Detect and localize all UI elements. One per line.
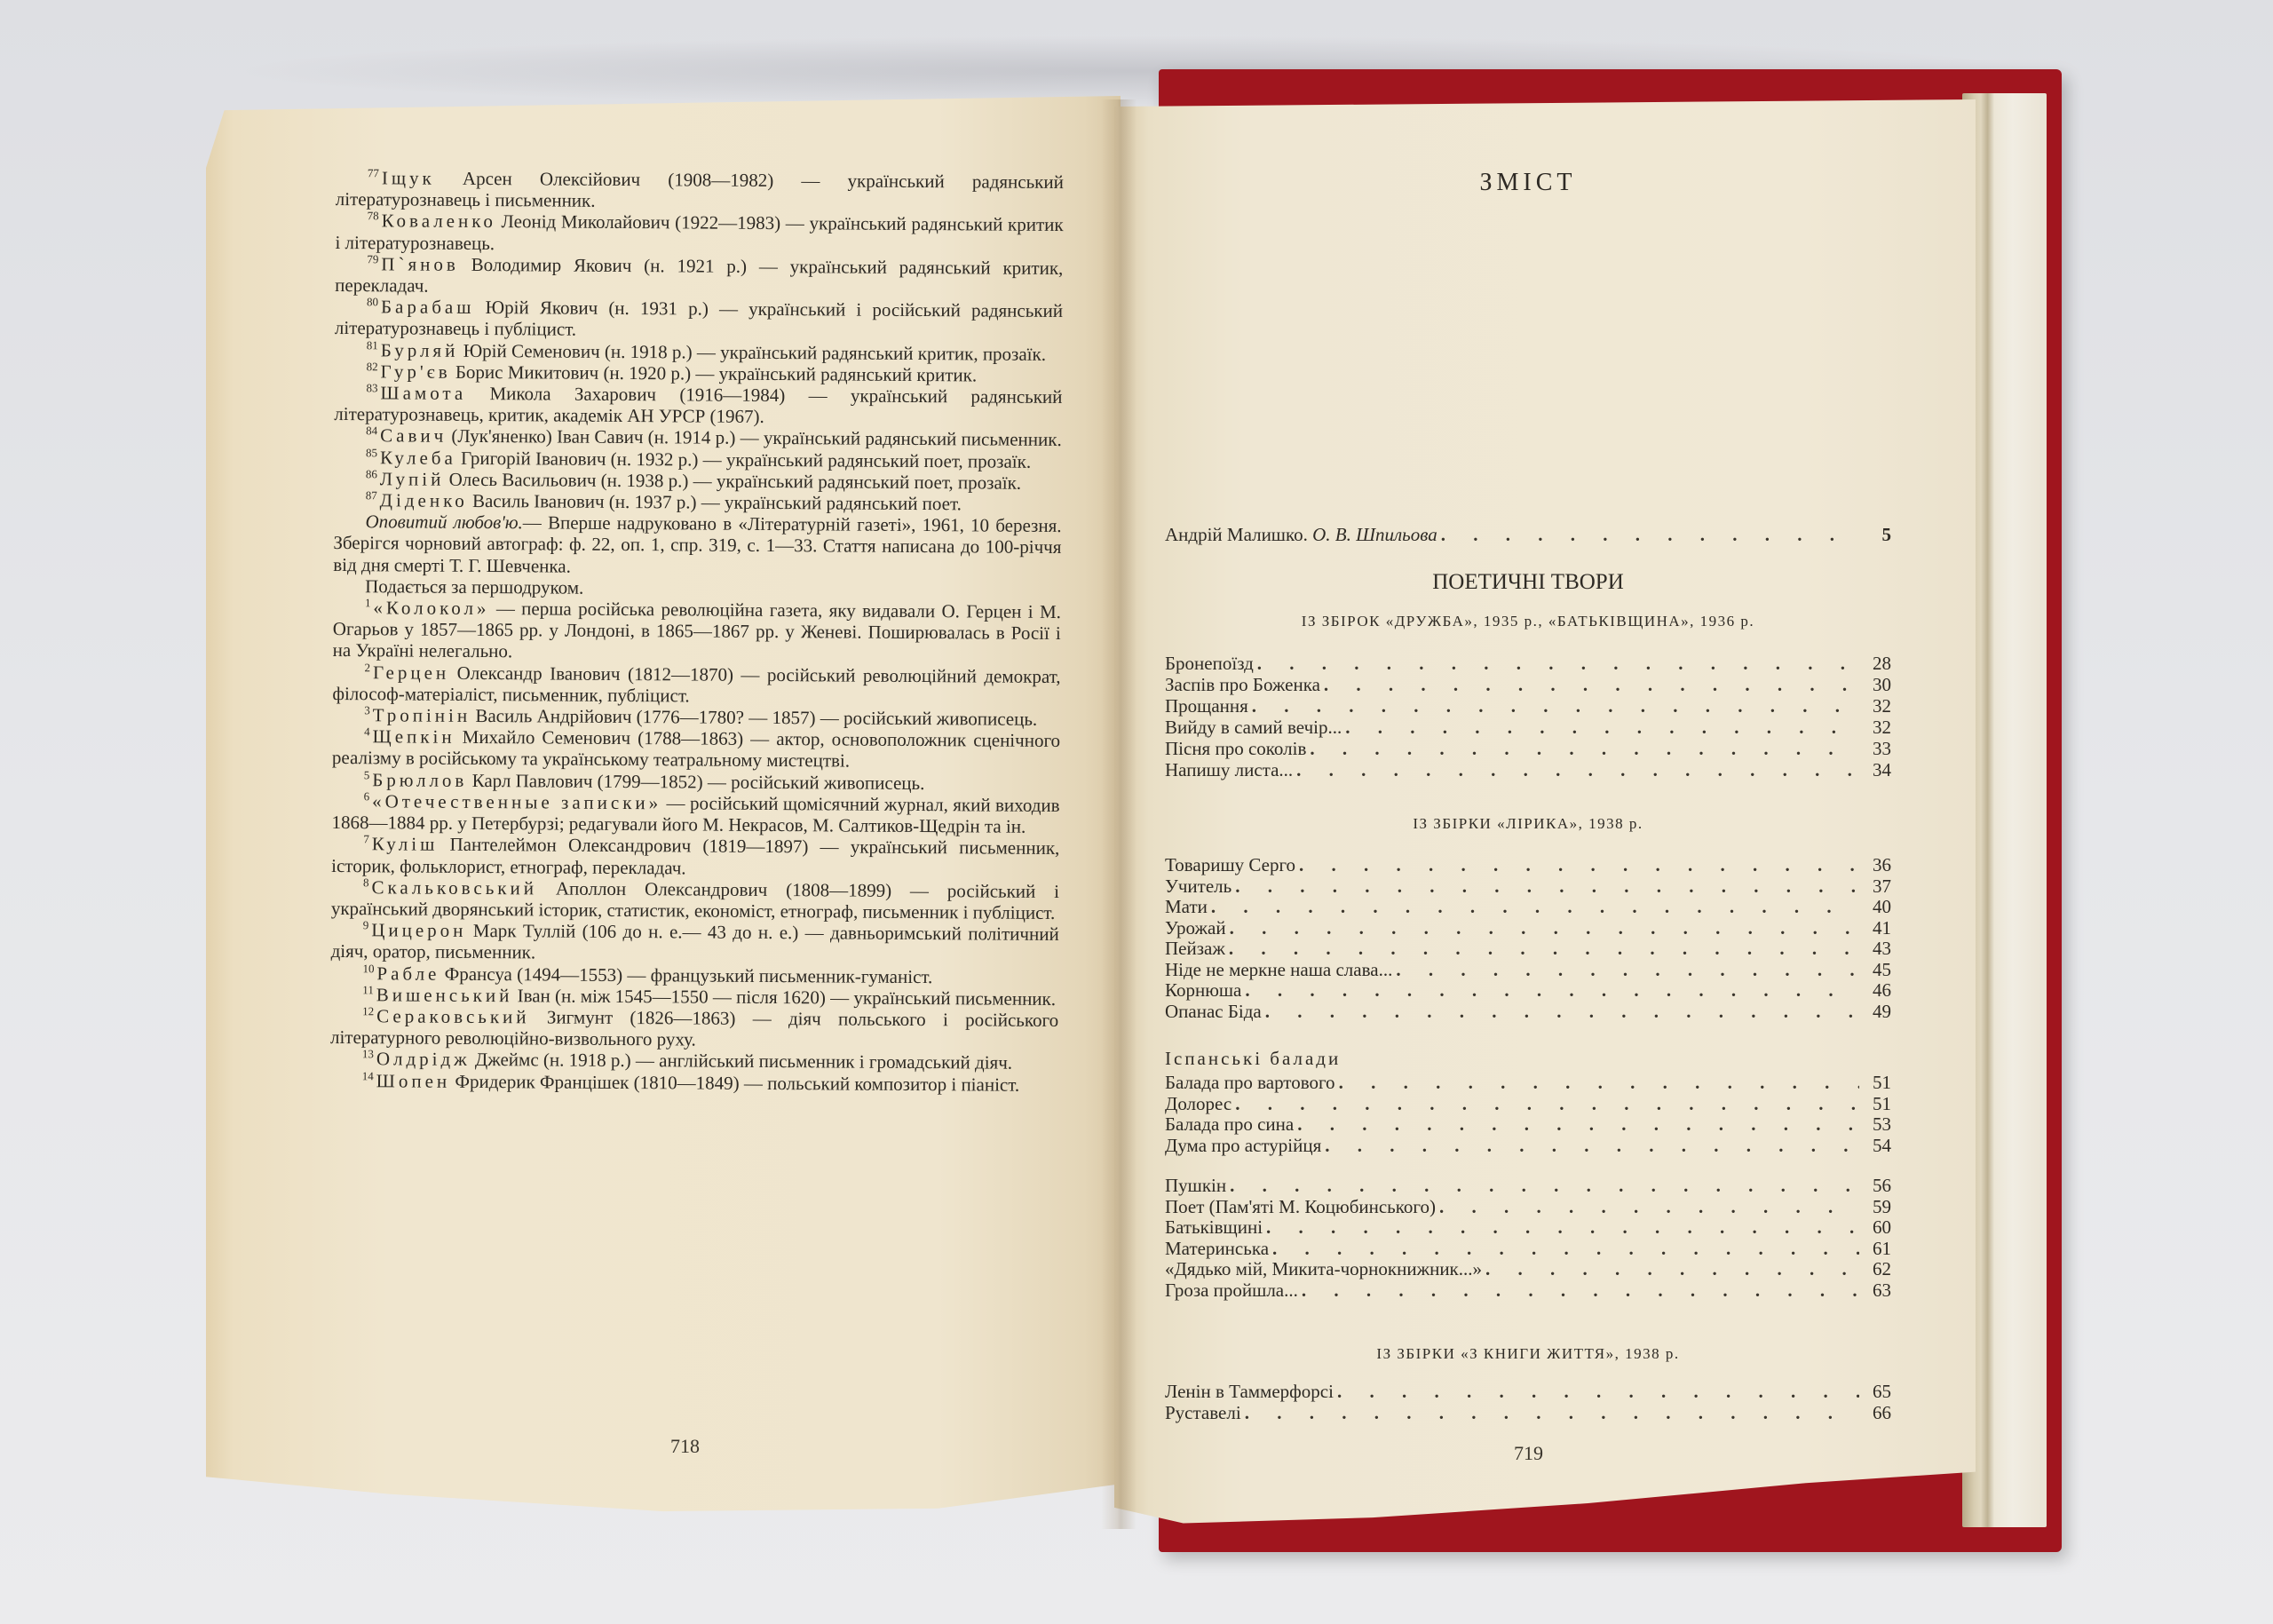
footnote-text: Олесь Васильович (н. 1938 р.) — українсь…: [449, 469, 1022, 494]
intro-title: Андрій Малишко.: [1165, 524, 1312, 545]
footnote-name: Іщук: [382, 167, 435, 188]
toc-leader-dots: . . . . . . . . . . . . . . . . . . . . …: [1299, 854, 1859, 875]
toc-entry-page: 46: [1859, 979, 1891, 1001]
group-heading: ІЗ ЗБІРКИ «З КНИГИ ЖИТТЯ», 1938 р.: [1165, 1345, 1891, 1363]
toc-entry: Долорес. . . . . . . . . . . . . . . . .…: [1165, 1093, 1891, 1114]
toc-entry: Урожай. . . . . . . . . . . . . . . . . …: [1165, 917, 1891, 939]
toc-entry: Пейзаж. . . . . . . . . . . . . . . . . …: [1165, 938, 1891, 959]
toc-entry: Опанас Біда. . . . . . . . . . . . . . .…: [1165, 1001, 1891, 1022]
footnote-name: Савич: [380, 425, 447, 447]
footnote-name: Куліш: [372, 834, 439, 855]
footnote-number: 84: [366, 424, 377, 438]
footnote-text: Василь Іванович (н. 1937 р.) — українськ…: [472, 490, 962, 514]
toc-entry-title: Пісня про соколів: [1165, 738, 1310, 759]
footnote-number: 6: [364, 789, 370, 803]
footnote-number: 86: [366, 467, 377, 480]
toc-entry-title: Прощання: [1165, 695, 1252, 717]
toc-leader-dots: . . . . . . . . . . . . . . . . . . . . …: [1485, 1258, 1859, 1279]
toc-leader-dots: . . . . . . . . . . . . . . . . . . . . …: [1272, 1238, 1859, 1259]
toc-entry-title: Долорес: [1165, 1093, 1235, 1114]
footnote-name: Вишенський: [376, 984, 513, 1006]
footnote-name: Брюллов: [372, 769, 467, 791]
left-page-text: 77Іщук Арсен Олексійович (1908—1982) — у…: [330, 167, 1064, 1096]
toc-entry-page: 66: [1859, 1402, 1891, 1423]
toc-entry: Батьківщині. . . . . . . . . . . . . . .…: [1165, 1216, 1891, 1238]
toc-entry-page: 33: [1859, 738, 1891, 759]
footnote: 9Цицерон Марк Туллій (106 до н. е.— 43 д…: [331, 919, 1059, 966]
toc-entry-page: 41: [1859, 917, 1891, 939]
toc-entry-page: 56: [1859, 1175, 1891, 1196]
toc-leader-dots: . . . . . . . . . . . . . . . . . . . . …: [1339, 1072, 1859, 1093]
toc-entry-page: 54: [1859, 1135, 1891, 1156]
toc-entry: Напишу листа.... . . . . . . . . . . . .…: [1165, 759, 1891, 780]
toc-entry-page: 40: [1859, 896, 1891, 917]
footnote-number: 83: [366, 381, 377, 394]
left-page-number: 718: [670, 1435, 700, 1458]
footnote: 1«Колокол» — перша російська революційна…: [333, 597, 1061, 666]
toc-leader-dots: . . . . . . . . . . . . . . . . . . . . …: [1230, 1175, 1859, 1196]
toc-leader-dots: . . . . . . . . . . . . . . . . . . . . …: [1211, 896, 1859, 917]
footnote-name: Лупій: [380, 468, 445, 489]
toc-entry-page: 59: [1859, 1196, 1891, 1217]
footnote-text: Джеймс (н. 1918 р.) — англійський письме…: [475, 1049, 1012, 1073]
toc-leader-dots: . . . . . . . . . . . . . . . . . . . . …: [1310, 738, 1859, 759]
toc-leader-dots: . . . . . . . . . . . . . . . . . . . . …: [1396, 959, 1859, 980]
footnote-name: «Колокол»: [373, 597, 489, 619]
toc-entry: Поет (Пам'яті М. Коцюбинського). . . . .…: [1165, 1196, 1891, 1217]
toc-entry: Товаришу Серго. . . . . . . . . . . . . …: [1165, 854, 1891, 875]
toc-leader-dots: . . . . . . . . . . . . . . . . . . . . …: [1235, 1093, 1859, 1114]
footnote-number: 5: [364, 768, 370, 781]
footnote-number: 7: [363, 833, 369, 846]
toc-leader-dots: . . . . . . . . . . . . . . . . . . . . …: [1245, 979, 1859, 1001]
footnote-name: Цицерон: [371, 919, 466, 941]
footnote-name: Барабаш: [381, 297, 475, 319]
footnote-number: 82: [367, 360, 378, 373]
toc-leader-dots: . . . . . . . . . . . . . . . . . . . . …: [1230, 917, 1859, 939]
footnote-number: 10: [362, 962, 374, 975]
toc-entry-page: 34: [1859, 759, 1891, 780]
toc-entry-title: Гроза пройшла...: [1165, 1279, 1302, 1301]
footnote-name: П`янов: [381, 253, 459, 275]
section-title: ПОЕТИЧНІ ТВОРИ: [1165, 570, 1891, 595]
toc-entry: Прощання. . . . . . . . . . . . . . . . …: [1165, 695, 1891, 717]
footnote-number: 3: [364, 703, 370, 717]
toc-entry-page: 62: [1859, 1258, 1891, 1279]
footnote: 83Шамота Микола Захарович (1916—1984) — …: [334, 382, 1062, 429]
footnote: 2Герцен Олександр Іванович (1812—1870) —…: [332, 661, 1060, 709]
footnote-name: Бурляй: [381, 339, 459, 361]
toc-entry: Заспів про Боженка. . . . . . . . . . . …: [1165, 674, 1891, 695]
footnote: 14Шопен Фридерик Францішек (1810—1849) —…: [330, 1070, 1058, 1096]
toc-entry-title: Пушкін: [1165, 1175, 1230, 1196]
right-page-number: 719: [1514, 1442, 1543, 1465]
footnote-number: 87: [366, 488, 377, 502]
toc-entry-page: 36: [1859, 854, 1891, 875]
toc-leader-dots: . . . . . . . . . . . . . . . . . . . . …: [1257, 653, 1859, 674]
toc-leader-dots: . . . . . . . . . . . . . . . . . . . . …: [1302, 1279, 1859, 1301]
toc-entry-title: Батьківщині: [1165, 1216, 1266, 1238]
group-heading: ІЗ ЗБІРОК «ДРУЖБА», 1935 р., «БАТЬКІВЩИН…: [1165, 613, 1891, 630]
footnote-text: Карл Павлович (1799—1852) — російський ж…: [472, 770, 925, 794]
toc-entry-title: Мати: [1165, 896, 1211, 917]
footnote-number: 77: [368, 166, 379, 179]
toc-entry-page: 51: [1859, 1072, 1891, 1093]
toc-entry-page: 45: [1859, 959, 1891, 980]
toc-entry: Гроза пройшла.... . . . . . . . . . . . …: [1165, 1279, 1891, 1301]
toc-entry-title: Балада про вартового: [1165, 1072, 1339, 1093]
footnote-text: Пантелеймон Олександрович (1819—1897) — …: [331, 834, 1059, 878]
toc-entry-title: Бронепоїзд: [1165, 653, 1257, 674]
toc-entry: Балада про вартового. . . . . . . . . . …: [1165, 1072, 1891, 1093]
toc-entry-title: Пейзаж: [1165, 938, 1229, 959]
toc-entry: Учитель. . . . . . . . . . . . . . . . .…: [1165, 875, 1891, 897]
toc-entry-title: Напишу листа...: [1165, 759, 1296, 780]
toc-entry-title: Урожай: [1165, 917, 1230, 939]
footnote-text: Арсен Олексійович (1908—1982) — українсь…: [336, 168, 1064, 211]
toc-leader-dots: . . . . . . . . . . . . . . . . . . . . …: [1345, 717, 1859, 738]
toc-entry: Балада про сина. . . . . . . . . . . . .…: [1165, 1113, 1891, 1135]
footnote-number: 85: [366, 446, 377, 459]
footnote-name: Герцен: [373, 661, 449, 684]
toc-entry-page: 63: [1859, 1279, 1891, 1301]
footnote: 6«Отечественные записки» — російський що…: [331, 790, 1059, 837]
footnote: 7Куліш Пантелеймон Олександрович (1819—1…: [331, 833, 1059, 880]
footnote-number: 8: [363, 875, 369, 889]
footnote-text: Іван (н. між 1545—1550 — після 1620) — у…: [518, 985, 1057, 1010]
toc-entry: Корнюша. . . . . . . . . . . . . . . . .…: [1165, 979, 1891, 1001]
toc-entry: Ленін в Таммерфорсі. . . . . . . . . . .…: [1165, 1381, 1891, 1402]
toc-entry-page: 61: [1859, 1238, 1891, 1259]
footnote-number: 14: [362, 1069, 374, 1082]
footnote-name: Рабле: [376, 963, 440, 984]
toc-entry-title: Материнська: [1165, 1238, 1272, 1259]
toc-entry: Бронепоїзд. . . . . . . . . . . . . . . …: [1165, 653, 1891, 674]
toc-entry-title: Заспів про Боженка: [1165, 674, 1324, 695]
footnote: 78Коваленко Леонід Миколайович (1922—198…: [335, 210, 1063, 257]
subsection-heading: Іспанські балади: [1165, 1048, 1341, 1070]
toc-leader-dots: . . . . . . . . . . . . . . . . . . . . …: [1439, 1196, 1859, 1217]
toc-entry-title: Ленін в Таммерфорсі: [1165, 1381, 1337, 1402]
toc-entry: Дума про астурійця. . . . . . . . . . . …: [1165, 1135, 1891, 1156]
footnote-name: Кулеба: [380, 447, 456, 469]
toc-entry-title: Опанас Біда: [1165, 1001, 1265, 1022]
book-gutter: [1101, 99, 1136, 1529]
toc-leader-dots: . . . . . . . . . . . . . . . . . . . . …: [1235, 875, 1859, 897]
intro-author: О. В. Шпильова: [1312, 524, 1437, 545]
toc-entry-title: Дума про астурійця: [1165, 1135, 1325, 1156]
toc-entry-title: Балада про сина: [1165, 1113, 1297, 1135]
toc-entry-title: Корнюша: [1165, 979, 1245, 1001]
footnote-text: Григорій Іванович (н. 1932 р.) — українс…: [461, 448, 1031, 472]
toc-leader-dots: . . . . . . . . . . . . . . . . . . . . …: [1324, 674, 1859, 695]
footnote-number: 13: [362, 1048, 374, 1061]
toc-title: ЗМІСТ: [1165, 169, 1891, 197]
footnote-number: 12: [362, 1004, 374, 1018]
toc-entry-page: 49: [1859, 1001, 1891, 1022]
footnote-text: Франсуа (1494—1553) — французький письме…: [445, 963, 933, 986]
toc-leader-dots: . . . . . . . . . . . . . . . . . . . . …: [1252, 695, 1859, 717]
toc-entry-title: Вийду в самий вечір...: [1165, 717, 1345, 738]
footnote-name: «Отечественные записки»: [372, 790, 661, 813]
footnote-number: 11: [362, 983, 374, 996]
footnote-number: 78: [368, 210, 379, 223]
toc-entry: Руставелі. . . . . . . . . . . . . . . .…: [1165, 1402, 1891, 1423]
footnote-number: 4: [364, 725, 370, 738]
footnote-name: Олдрідж: [376, 1049, 471, 1071]
footnote: 8Скальковський Аполлон Олександрович (18…: [331, 876, 1059, 923]
footnote-number: 79: [367, 252, 378, 265]
toc-leader-dots: . . . . . . . . . . . . . . . . . . . . …: [1245, 1402, 1859, 1423]
toc-leader-dots: . . . . . . . . . . . . . . . . . . . . …: [1297, 1113, 1859, 1135]
footnote-number: 9: [363, 918, 369, 931]
footnote-name: Скальковський: [371, 876, 537, 899]
toc-entry-page: 53: [1859, 1113, 1891, 1135]
toc-entry: Вийду в самий вечір.... . . . . . . . . …: [1165, 717, 1891, 738]
note-title: Оповитий любов'ю.: [365, 511, 522, 533]
toc-leader-dots: . . . . . . . . . . . . . . . . . . . . …: [1337, 1381, 1859, 1402]
right-page: [1114, 99, 1976, 1529]
footnote-name: Сераковський: [376, 1005, 530, 1027]
toc-entry-page: 32: [1859, 717, 1891, 738]
toc-entry-page: 51: [1859, 1093, 1891, 1114]
toc-entry-page: 37: [1859, 875, 1891, 897]
toc-entry-title: Поет (Пам'яті М. Коцюбинського): [1165, 1196, 1439, 1217]
toc-entry: Материнська. . . . . . . . . . . . . . .…: [1165, 1238, 1891, 1259]
toc-leader-dots: . . . . . . . . . . . . . . . . . . . . …: [1229, 938, 1859, 959]
footnote-text: Борис Микитович (н. 1920 р.) — українськ…: [455, 361, 977, 386]
toc-entry: «Дядько мій, Микита-чорнокнижник...». . …: [1165, 1258, 1891, 1279]
toc-entry-title: Товаришу Серго: [1165, 854, 1299, 875]
toc-leader-dots: . . . . . . . . . . . . . . . . . . . . …: [1441, 524, 1859, 545]
toc-intro-page: 5: [1859, 524, 1891, 545]
footnote-name: Коваленко: [382, 210, 496, 233]
footnote: 4Щепкін Михайло Семенович (1788—1863) — …: [332, 725, 1060, 772]
footnote-name: Шамота: [380, 382, 466, 404]
toc-entry-page: 28: [1859, 653, 1891, 674]
footnote-text: Фридерик Францішек (1810—1849) — польськ…: [455, 1070, 1019, 1095]
toc-leader-dots: . . . . . . . . . . . . . . . . . . . . …: [1325, 1135, 1859, 1156]
toc-entry: Ніде не меркне наша слава.... . . . . . …: [1165, 959, 1891, 980]
toc-leader-dots: . . . . . . . . . . . . . . . . . . . . …: [1265, 1001, 1859, 1022]
toc-entry: Пушкін. . . . . . . . . . . . . . . . . …: [1165, 1175, 1891, 1196]
footnote-name: Гур'єв: [381, 360, 451, 382]
footnote-number: 1: [365, 596, 371, 609]
toc-leader-dots: . . . . . . . . . . . . . . . . . . . . …: [1266, 1216, 1859, 1238]
toc-entry: Пісня про соколів. . . . . . . . . . . .…: [1165, 738, 1891, 759]
footnote-name: Діденко: [380, 489, 468, 511]
commentary-note: Оповитий любов'ю.— Вперше надруковано в …: [333, 511, 1061, 580]
footnote: 12Сераковський Зигмунт (1826—1863) — дія…: [330, 1005, 1058, 1052]
toc-entry-title: «Дядько мій, Микита-чорнокнижник...»: [1165, 1258, 1485, 1279]
toc-intro-entry: Андрій Малишко. О. В. Шпильова. . . . . …: [1165, 524, 1891, 545]
toc-entry-title: Руставелі: [1165, 1402, 1245, 1423]
footnote: 77Іщук Арсен Олексійович (1908—1982) — у…: [336, 167, 1064, 214]
toc-entry-page: 65: [1859, 1381, 1891, 1402]
footnote-name: Тропінін: [373, 704, 471, 726]
toc-entry-page: 60: [1859, 1216, 1891, 1238]
footnote-number: 80: [367, 295, 378, 308]
toc-leader-dots: . . . . . . . . . . . . . . . . . . . . …: [1296, 759, 1859, 780]
toc-entry-page: 32: [1859, 695, 1891, 717]
toc-entry-page: 43: [1859, 938, 1891, 959]
group-heading: ІЗ ЗБІРКИ «ЛІРИКА», 1938 р.: [1165, 815, 1891, 833]
toc-entry-title: Учитель: [1165, 875, 1235, 897]
footnote-name: Шопен: [376, 1070, 451, 1092]
toc-entry-page: 30: [1859, 674, 1891, 695]
footnote: 80Барабаш Юрій Якович (н. 1931 р.) — укр…: [335, 296, 1063, 343]
toc-entry: Мати. . . . . . . . . . . . . . . . . . …: [1165, 896, 1891, 917]
toc-intro-title: Андрій Малишко. О. В. Шпильова: [1165, 524, 1441, 545]
toc-entry-title: Ніде не меркне наша слава...: [1165, 959, 1396, 980]
footnote-number: 81: [367, 338, 378, 352]
footnote-name: Щепкін: [373, 726, 455, 749]
footnote: 79П`янов Володимир Якович (н. 1921 р.) —…: [335, 253, 1063, 300]
footnote-number: 2: [365, 661, 371, 674]
